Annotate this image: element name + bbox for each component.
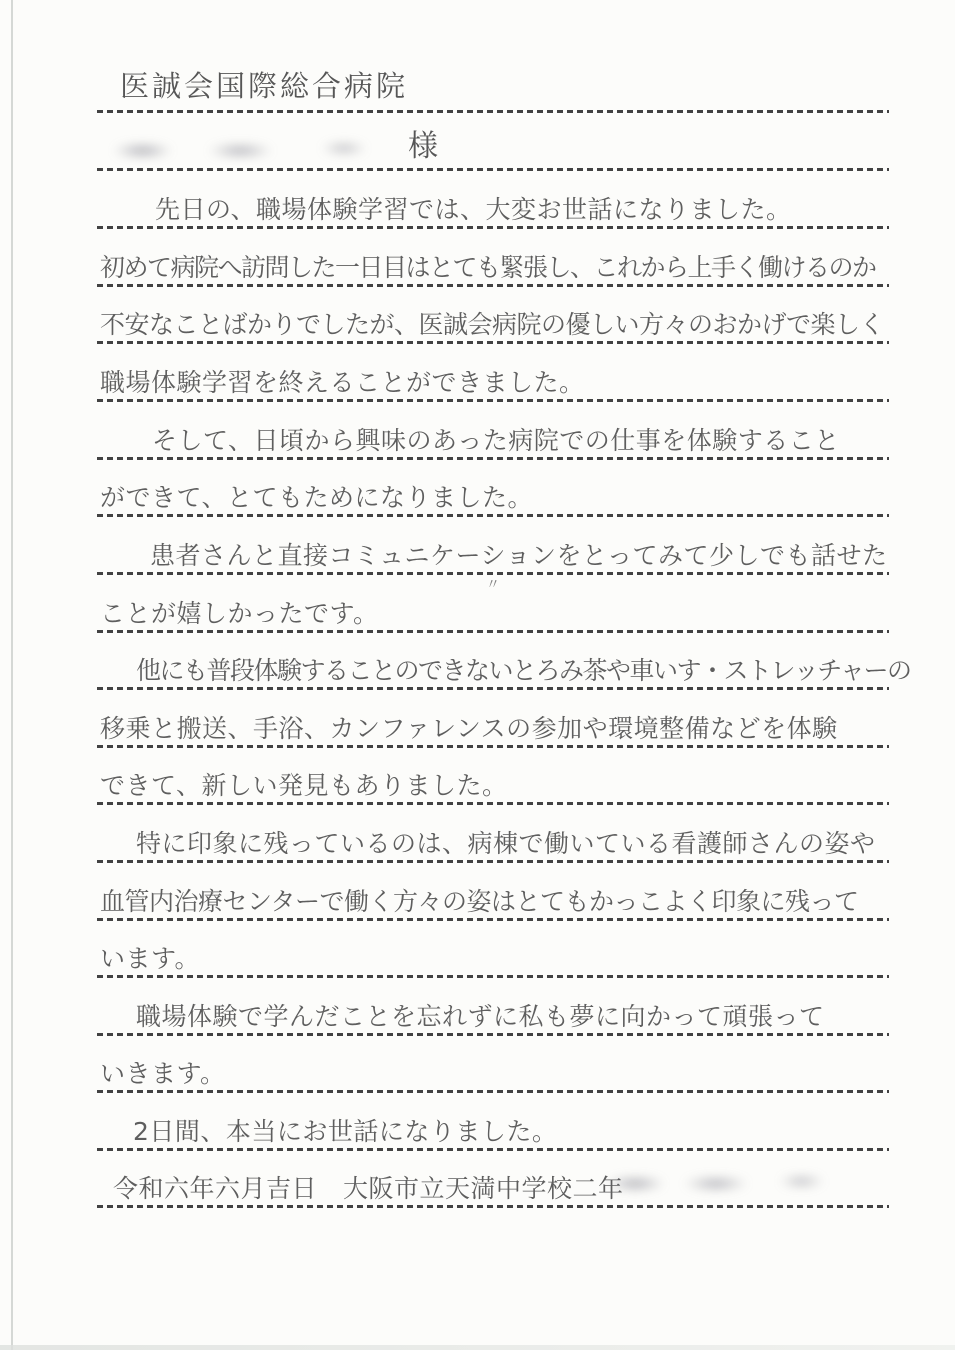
ruled-line: [97, 110, 889, 113]
ruled-line: [97, 860, 889, 863]
ruled-line: [97, 687, 889, 690]
letter-line: 職場体験で学んだことを忘れずに私も夢に向かって頑張って: [136, 991, 825, 1033]
ruled-line: [97, 399, 889, 402]
ruled-line: [97, 1205, 889, 1208]
ruled-line: [97, 1033, 889, 1036]
letter-line: そして、日頃から興味のあった病院での仕事を体験すること: [152, 415, 840, 457]
letter-line: 不安なことばかりでしたが、医誠会病院の優しい方々のおかげで楽しく: [100, 299, 884, 341]
letter-line: いきます。: [100, 1048, 226, 1090]
ruled-line: [97, 457, 889, 460]
ruled-line: [97, 1148, 889, 1151]
ruled-line: [97, 514, 889, 517]
ruled-line: [97, 226, 889, 229]
scanned-letter-page: 医誠会国際総合病院 様 先日の、職場体験学習では、大変お世話になりました。 初め…: [0, 0, 955, 1350]
letter-line: できて、新しい発見もありました。: [100, 760, 508, 802]
letter-line: います。: [100, 933, 200, 975]
ruled-line: [97, 745, 889, 748]
scan-bottom-edge: [0, 1345, 955, 1350]
ruled-line: [97, 1090, 889, 1093]
letter-line: 2日間、本当にお世話になりました。: [133, 1106, 557, 1148]
letter-line: 初めて病院へ訪問した一日目はとても緊張し、これから上手く働けるのか: [100, 242, 876, 284]
signature-school: 大阪市立天満中学校二年: [343, 1173, 624, 1206]
redacted-student-name: [600, 1166, 852, 1198]
ruled-line: [97, 168, 889, 171]
signature-date: 令和六年六月吉日: [113, 1173, 317, 1206]
recipient-honorific: 様: [408, 124, 439, 166]
ruled-line: [97, 802, 889, 805]
ruled-line: [97, 918, 889, 921]
letter-line: 先日の、職場体験学習では、大変お世話になりました。: [155, 184, 792, 226]
ruled-line: [97, 630, 889, 633]
letter-line: 職場体験学習を終えることができました。: [100, 357, 585, 399]
letter-line: 特に印象に残っているのは、病棟で働いている看護師さんの姿や: [136, 818, 876, 860]
scan-left-edge: [11, 0, 13, 1350]
letter-line: 移乗と搬送、手浴、カンファレンスの参加や環境整備などを体験: [100, 703, 838, 745]
ruled-line: [97, 284, 889, 287]
letter-line: 血管内治療センターで働く方々の姿はとてもかっこよく印象に残って: [100, 876, 859, 918]
ruled-line: [97, 975, 889, 978]
ruled-line: [97, 341, 889, 344]
recipient-organization: 医誠会国際総合病院: [120, 64, 408, 106]
letter-line: 患者さんと直接コミュニケーションをとってみて少しでも話せた: [150, 530, 888, 572]
correction-mark: 〃: [486, 574, 500, 594]
redacted-recipient-names: [100, 132, 405, 166]
signature-line: 令和六年六月吉日 大阪市立天満中学校二年: [113, 1163, 624, 1205]
letter-line: ことが嬉しかったです。: [100, 588, 379, 630]
letter-line: ができて、とてもためになりました。: [100, 472, 533, 514]
letter-line: 他にも普段体験することのできないとろみ茶や車いす・ストレッチャーの: [136, 645, 911, 687]
